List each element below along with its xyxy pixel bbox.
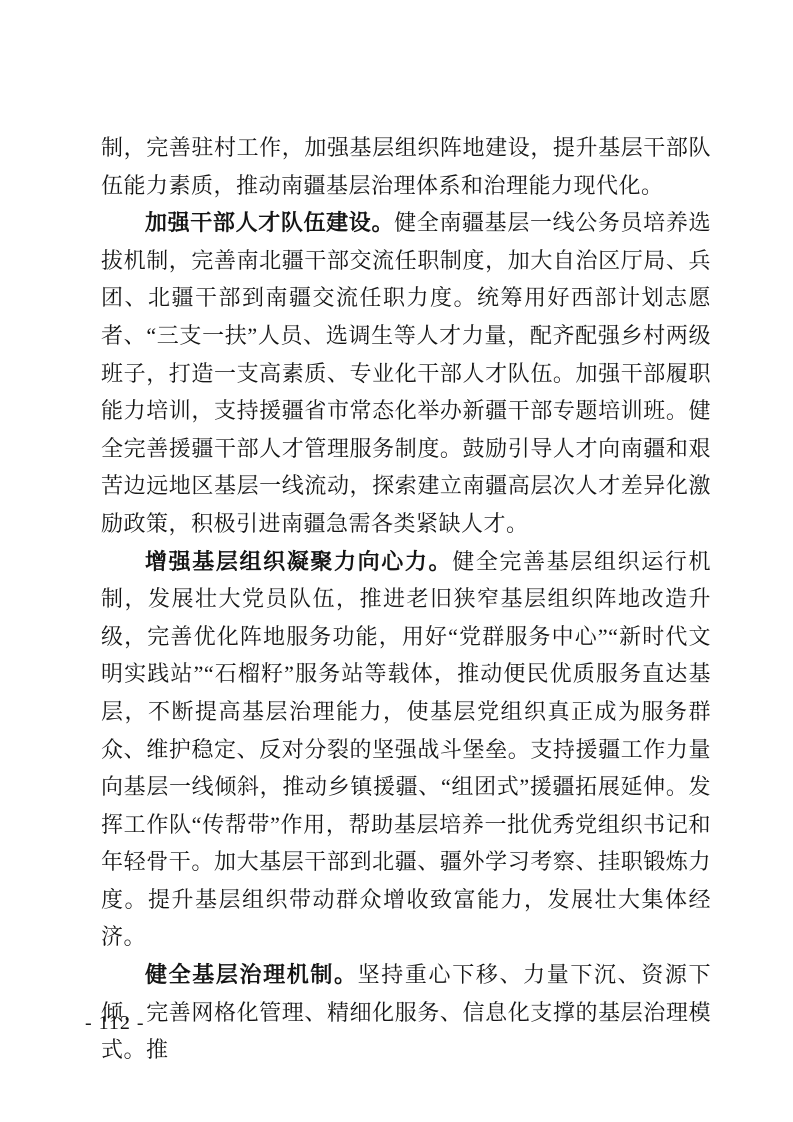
paragraph: 加强干部人才队伍建设。健全南疆基层一线公务员培养选拔机制，完善南北疆干部交流任职… xyxy=(101,204,711,542)
paragraph-lead: 增强基层组织凝聚力向心力。 xyxy=(145,549,452,574)
page-footer: - 112 - xyxy=(85,1010,145,1036)
paragraph: 制，完善驻村工作，加强基层组织阵地建设，提升基层干部队伍能力素质，推动南疆基层治… xyxy=(101,129,711,204)
paragraph-text: 健全南疆基层一线公务员培养选拔机制，完善南北疆干部交流任职制度，加大自治区厅局、… xyxy=(101,210,711,536)
paragraph-lead: 加强干部人才队伍建设。 xyxy=(145,210,394,235)
paragraph-lead: 健全基层治理机制。 xyxy=(145,962,358,987)
paragraph: 健全基层治理机制。坚持重心下移、力量下沉、资源下倾，完善网格化管理、精细化服务、… xyxy=(101,956,711,1069)
document-page: 制，完善驻村工作，加强基层组织阵地建设，提升基层干部队伍能力素质，推动南疆基层治… xyxy=(0,0,793,1122)
paragraph-text: 健全完善基层组织运行机制，发展壮大党员队伍，推进老旧狭窄基层组织阵地改造升级，完… xyxy=(101,549,711,950)
paragraph-text: 制，完善驻村工作，加强基层组织阵地建设，提升基层干部队伍能力素质，推动南疆基层治… xyxy=(101,135,711,198)
page-number: - 112 - xyxy=(85,1012,145,1034)
document-body: 制，完善驻村工作，加强基层组织阵地建设，提升基层干部队伍能力素质，推动南疆基层治… xyxy=(101,129,711,1069)
paragraph: 增强基层组织凝聚力向心力。健全完善基层组织运行机制，发展壮大党员队伍，推进老旧狭… xyxy=(101,543,711,957)
